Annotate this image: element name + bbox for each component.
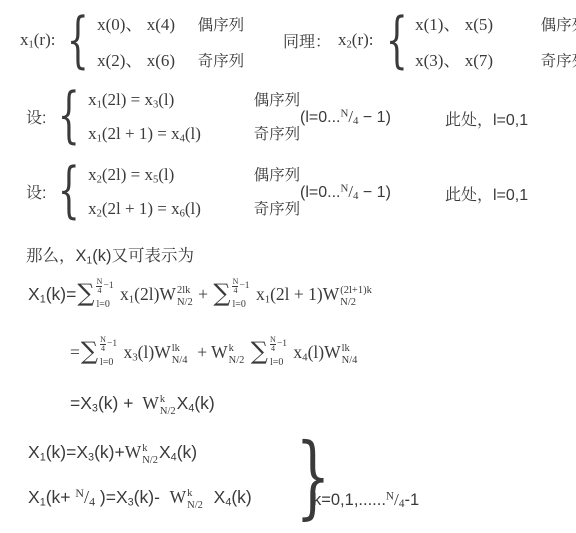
x5x6-definition-group: 设: { x2(2l) = x5(l) 偶序列 x2(2l + 1) = x6(… (26, 163, 300, 219)
x3-definition: x1(2l) = x3(l) (88, 90, 174, 110)
x2r-odd-tag: 奇序列 (541, 49, 576, 71)
x4-def-line: x1(2l + 1) = x4(l) 奇序列 (88, 122, 300, 144)
open-brace-icon: { (385, 10, 407, 70)
x6-def-tag: 奇序列 (254, 197, 301, 219)
open-brace-icon: { (58, 161, 80, 221)
x5x6-index-range: (l=0...N/4 − 1) (300, 182, 391, 202)
result-equation-b: X1(k+ N/4 )=X3(k)- WkN/2 X4(k) (28, 486, 252, 511)
x5-definition: x2(2l) = x5(l) (88, 165, 174, 185)
x3x4-index-range: (l=0...N/4 − 1) (300, 107, 391, 127)
x5x6-index-note: 此处，l=0,1 (445, 182, 528, 205)
x3x4-index-note: 此处，l=0,1 (445, 107, 528, 130)
x2r-lines: x(1)、 x(5) 偶序列 x(3)、 x(7) 奇序列 (415, 10, 576, 71)
x6-def-line: x2(2l + 1) = x6(l) 奇序列 (88, 197, 300, 219)
x4-def-tag: 奇序列 (254, 122, 301, 144)
x2r-label: x2(r): (338, 30, 373, 50)
set-label: 设: (26, 105, 46, 128)
result-equation-a: X1(k)=X3(k)+WkN/2X4(k) (28, 442, 197, 466)
x1r-even-items: x(0)、 x(4) (97, 10, 175, 35)
x1r-odd-tag: 奇序列 (198, 49, 245, 71)
open-brace-icon: { (58, 86, 80, 146)
x3x4-lines: x1(2l) = x3(l) 偶序列 x1(2l + 1) = x4(l) 奇序… (88, 88, 300, 144)
open-brace-icon: { (67, 10, 89, 70)
derivation-line-2: =∑N4−1l=0 x3(l)WlkN/4 + WkN/2 ∑N4−1l=0 x… (70, 338, 358, 370)
x3x4-definition-group: 设: { x1(2l) = x3(l) 偶序列 x1(2l + 1) = x4(… (26, 88, 300, 144)
x1r-odd-items: x(2)、 x(6) (97, 46, 175, 71)
derivation-line-3: =X3(k) + WkN/2X4(k) (70, 393, 215, 417)
x3-def-line: x1(2l) = x3(l) 偶序列 (88, 88, 300, 110)
x2r-even-items: x(1)、 x(5) (415, 10, 493, 35)
x5x6-lines: x2(2l) = x5(l) 偶序列 x2(2l + 1) = x6(l) 奇序… (88, 163, 300, 219)
x2r-odd-line: x(3)、 x(7) 奇序列 (415, 46, 576, 71)
x1r-lines: x(0)、 x(4) 偶序列 x(2)、 x(6) 奇序列 (97, 10, 244, 71)
derivation-line-1: X1(k)=∑N4−1l=0 x1(2l)W2lkN/2 + ∑N4−1l=0 … (28, 280, 373, 312)
x2r-odd-items: x(3)、 x(7) (415, 46, 493, 71)
x6-definition: x2(2l + 1) = x6(l) (88, 199, 201, 219)
k-range-condition: k=0,1,......N/4-1 (313, 490, 419, 510)
x2r-even-tag: 偶序列 (541, 13, 576, 35)
intro-sentence: 那么，X1(k)又可表示为 (26, 242, 194, 266)
similarly-label: 同理： (283, 29, 331, 52)
x1r-label: x1(r): (20, 30, 55, 50)
x1r-even-line: x(0)、 x(4) 偶序列 (97, 10, 244, 35)
x4-definition: x1(2l + 1) = x4(l) (88, 124, 201, 144)
x3-def-tag: 偶序列 (254, 88, 301, 110)
x5-def-line: x2(2l) = x5(l) 偶序列 (88, 163, 300, 185)
x2r-case-group: 同理： x2(r): { x(1)、 x(5) 偶序列 x(3)、 x(7) 奇… (283, 10, 576, 71)
x1r-odd-line: x(2)、 x(6) 奇序列 (97, 46, 244, 71)
x1r-even-tag: 偶序列 (198, 13, 245, 35)
set-label: 设: (26, 180, 46, 203)
x2r-even-line: x(1)、 x(5) 偶序列 (415, 10, 576, 35)
lecture-note-page: x1(r): { x(0)、 x(4) 偶序列 x(2)、 x(6) 奇序列 同… (0, 0, 576, 533)
x1r-case-group: x1(r): { x(0)、 x(4) 偶序列 x(2)、 x(6) 奇序列 (20, 10, 244, 71)
x5-def-tag: 偶序列 (254, 163, 301, 185)
